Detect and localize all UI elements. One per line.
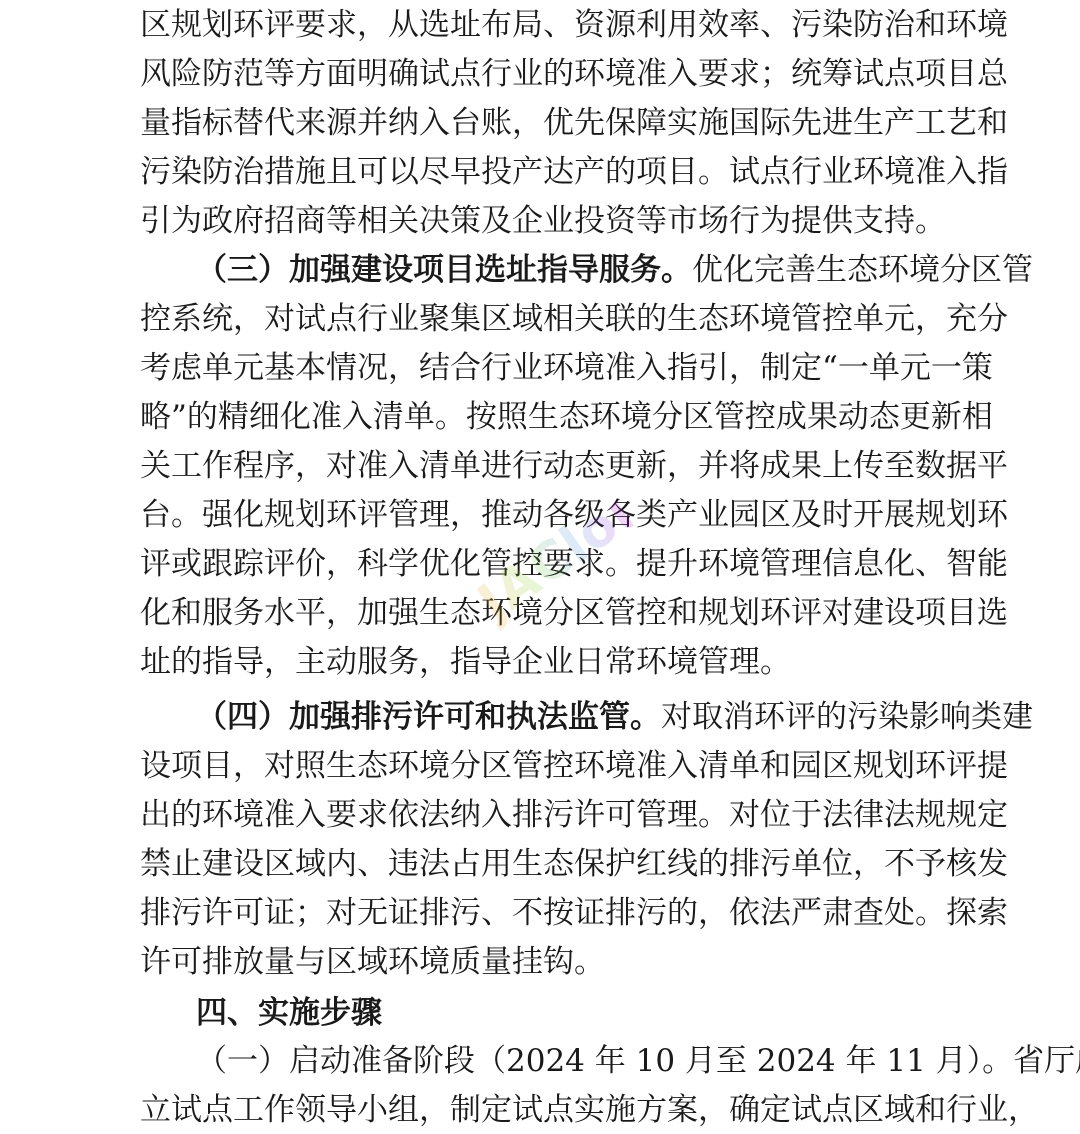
text-line: 引为政府招商等相关决策及企业投资等市场行为提供支持。 xyxy=(140,201,940,241)
text-line: 禁止建设区域内、违法占用生态保护红线的排污单位，不予核发 xyxy=(140,844,940,884)
step-1-text: 省厅成 xyxy=(1013,1043,1080,1079)
text-line: 风险防范等方面明确试点行业的环境准入要求；统筹试点项目总 xyxy=(140,54,940,94)
text-line: 量指标替代来源并纳入台账，优先保障实施国际先进生产工艺和 xyxy=(140,103,940,143)
section-4-first-line: （四）加强排污许可和执法监管。对取消环评的污染影响类建 xyxy=(196,697,940,737)
text-line: 控系统，对试点行业聚集区域相关联的生态环境管控单元，充分 xyxy=(140,299,940,339)
chapter-heading: 四、实施步骤 xyxy=(196,993,940,1033)
text-line: 许可排放量与区域环境质量挂钩。 xyxy=(140,942,940,982)
text-line: 设项目，对照生态环境分区管控环境准入清单和园区规划环评提 xyxy=(140,746,940,786)
document-page: 区规划环评要求，从选址布局、资源利用效率、污染防治和环境 风险防范等方面明确试点… xyxy=(0,0,1080,1134)
step-1-first-line: （一）启动准备阶段（2024 年 10 月至 2024 年 11 月）。省厅成 xyxy=(196,1041,940,1081)
section-3-heading: （三）加强建设项目选址指导服务。 xyxy=(196,252,692,288)
section-3-text: 优化完善生态环境分区管 xyxy=(692,252,1033,288)
text-line: 区规划环评要求，从选址布局、资源利用效率、污染防治和环境 xyxy=(140,5,940,45)
section-4-text: 对取消环评的污染影响类建 xyxy=(661,699,1033,735)
text-line: 立试点工作领导小组，制定试点实施方案，确定试点区域和行业， xyxy=(140,1090,940,1130)
text-line: 址的指导，主动服务，指导企业日常环境管理。 xyxy=(140,642,940,682)
step-1-heading: （一）启动准备阶段（2024 年 10 月至 2024 年 11 月）。 xyxy=(196,1043,1013,1079)
text-line: 排污许可证；对无证排污、不按证排污的，依法严肃查处。探索 xyxy=(140,893,940,933)
text-line: 出的环境准入要求依法纳入排污许可管理。对位于法律法规规定 xyxy=(140,795,940,835)
text-line: 关工作程序，对准入清单进行动态更新，并将成果上传至数据平 xyxy=(140,446,940,486)
text-line: 考虑单元基本情况，结合行业环境准入指引，制定“一单元一策 xyxy=(140,348,940,388)
text-line: 台。强化规划环评管理，推动各级各类产业园区及时开展规划环 xyxy=(140,495,940,535)
text-line: 略”的精细化准入清单。按照生态环境分区管控成果动态更新相 xyxy=(140,397,940,437)
text-line: 污染防治措施且可以尽早投产达产的项目。试点行业环境准入指 xyxy=(140,152,940,192)
section-4-heading: （四）加强排污许可和执法监管。 xyxy=(196,699,661,735)
section-3-first-line: （三）加强建设项目选址指导服务。优化完善生态环境分区管 xyxy=(196,250,940,290)
